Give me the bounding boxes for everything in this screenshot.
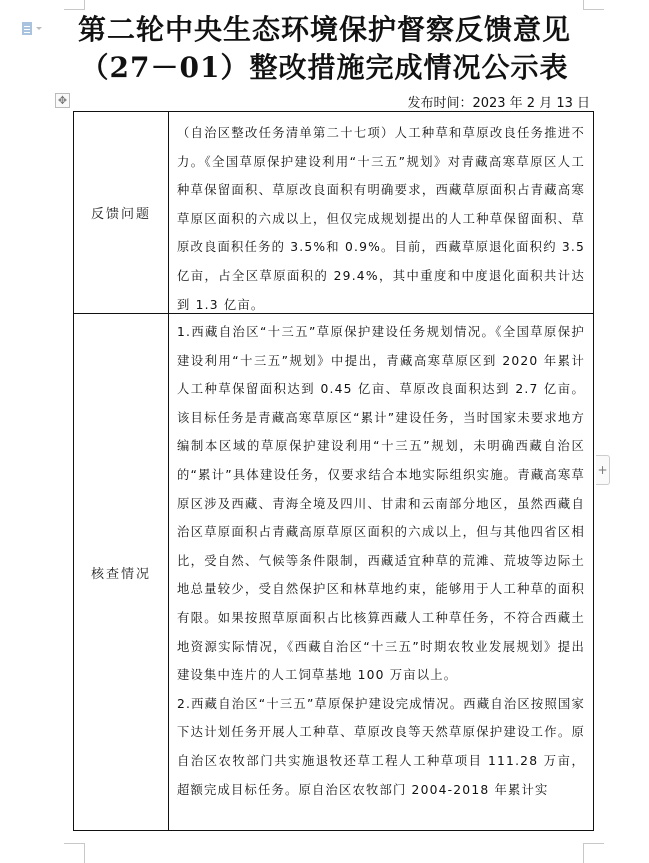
page-corner-mark-top-left (64, 0, 85, 10)
verification-paragraph-2: 2.西藏自治区“十三五”草原保护建设完成情况。西藏自治区按照国家下达计划任务开展… (177, 690, 585, 804)
page-corner-mark-bottom-right (583, 843, 604, 863)
page-corner-mark-bottom-left (64, 843, 85, 863)
disclosure-table: 反馈问题 （自治区整改任务清单第二十七项）人工种草和草原改良任务推进不力。《全国… (73, 111, 594, 831)
publish-date: 发布时间：2023 年 2 月 13 日 (380, 92, 590, 111)
verification-content[interactable]: 1.西藏自治区“十三五”草原保护建设任务规划情况。《全国草原保护建设利用“十三五… (169, 314, 593, 830)
row-label-verification: 核查情况 (74, 314, 169, 830)
table-move-handle-icon[interactable]: ✥ (55, 93, 70, 108)
table-row-verification: 核查情况 1.西藏自治区“十三五”草原保护建设任务规划情况。《全国草原保护建设利… (74, 314, 593, 830)
feedback-issue-paragraph: （自治区整改任务清单第二十七项）人工种草和草原改良任务推进不力。《全国草原保护建… (177, 119, 585, 313)
page-corner-mark-top-right (583, 0, 604, 10)
row-label-feedback-issue: 反馈问题 (74, 112, 169, 313)
document-title-line-2: （27－01）整改措施完成情况公示表 (0, 50, 649, 86)
document-title-line-1: 第二轮中央生态环境保护督察反馈意见 (0, 12, 649, 48)
feedback-issue-content[interactable]: （自治区整改任务清单第二十七项）人工种草和草原改良任务推进不力。《全国草原保护建… (169, 112, 593, 313)
table-row-feedback-issue: 反馈问题 （自治区整改任务清单第二十七项）人工种草和草原改良任务推进不力。《全国… (74, 112, 593, 314)
add-column-button[interactable]: + (596, 455, 610, 485)
verification-paragraph-1: 1.西藏自治区“十三五”草原保护建设任务规划情况。《全国草原保护建设利用“十三五… (177, 318, 585, 690)
